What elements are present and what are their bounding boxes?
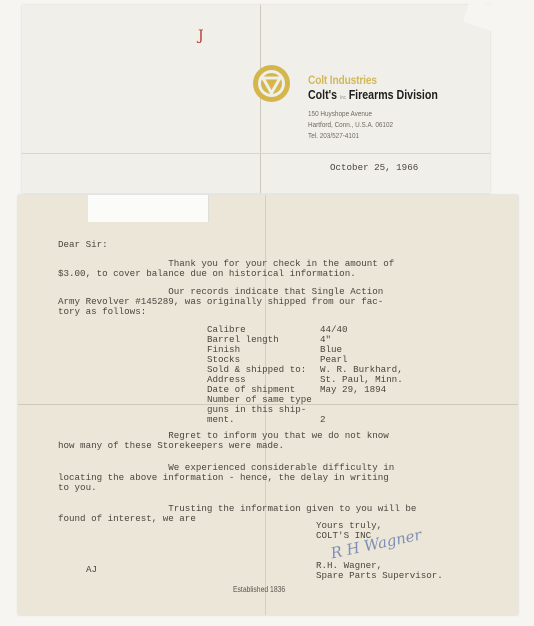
paper-tab [88,195,209,222]
footer-established: Established 1836 [233,585,285,594]
spec-value: 2 [320,395,326,425]
letter-date: October 25, 1966 [330,163,418,173]
company-address: 150 Huyshope Avenue Hartford, Conn., U.S… [308,108,438,141]
salutation: Dear Sir: [58,240,108,250]
phone-number: Tel. 203/527-4101 [308,130,438,141]
red-ink-mark: J [198,28,204,44]
spec-value: May 29, 1894 [320,385,386,395]
paragraph-difficulty: We experienced considerable difficulty i… [58,463,394,493]
division-prefix: Colt's [308,88,337,102]
letterhead: Colt Industries Colt's Inc Firearms Divi… [308,73,461,141]
paragraph-records: Our records indicate that Single Action … [58,287,383,317]
address-line-2: Hartford, Conn., U.S.A. 06102 [308,119,438,130]
shipment-specs: Calibre44/40 Barrel length4" FinishBlue … [207,325,403,425]
division-name: Colt's Inc Firearms Division [308,88,438,102]
paragraph-payment: Thank you for your check in the amount o… [58,259,394,279]
company-name: Colt Industries [308,73,438,87]
colt-logo-icon [253,65,290,102]
division-inc: Inc [340,95,346,101]
address-line-1: 150 Huyshope Avenue [308,108,438,119]
division-title: Firearms Division [349,88,438,102]
spec-label: Number of same type guns in this ship- m… [207,395,320,425]
spec-row: Number of same type guns in this ship- m… [207,395,403,425]
fold-crease [22,153,490,154]
paragraph-storekeepers: Regret to inform you that we do not know… [58,431,389,451]
typist-initials: AJ [86,565,97,575]
colt-logo [253,65,290,102]
torn-corner [463,0,499,31]
